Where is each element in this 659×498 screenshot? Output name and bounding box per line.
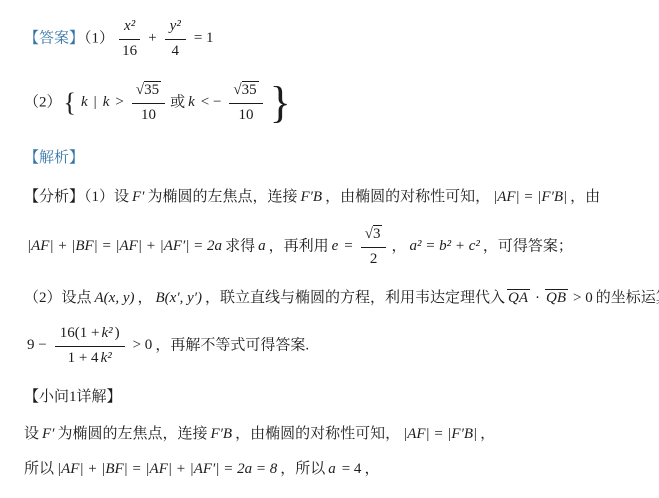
analysis-paragraph-line-1: 【分析】（1）设F′为椭圆的左焦点，连接F′B，由椭圆的对称性可知，|AF| =… [24, 187, 639, 208]
fraction: √32 [361, 224, 387, 270]
fraction: √3510 [132, 80, 165, 126]
vector-overline: QA [507, 289, 530, 306]
fraction: 16(1 +k²)1 + 4k² [55, 323, 125, 369]
fraction: √3510 [229, 80, 262, 126]
section-heading-subquestion1: 【小问1详解】 [24, 387, 639, 408]
detail-paragraph-line-2: 所以|AF| + |BF| = |AF| + |AF′| = 2a = 8，所以… [24, 459, 639, 480]
analysis-paragraph-line-2: |AF| + |BF| = |AF| + |AF′| = 2a求得a，再利用e=… [24, 224, 639, 270]
square-root: √35 [136, 81, 161, 98]
fraction: x²16 [119, 16, 140, 62]
vector-overline: QB [545, 289, 568, 306]
fraction: y²4 [165, 16, 186, 62]
analysis-paragraph-line-3: （2）设点A(x, y)，B(x′, y′)，联立直线与椭圆的方程，利用韦达定理… [24, 288, 639, 309]
math-solution-document: 【答案】（1）x²16+y²4= 1 （2）{k|k>√3510或k< −√35… [0, 0, 659, 480]
section-heading-analysis: 【解析】 [24, 148, 639, 169]
answer-part1-line: 【答案】（1）x²16+y²4= 1 [24, 16, 639, 62]
answer-part2-line: （2）{k|k>√3510或k< −√3510} [24, 80, 639, 126]
square-root: √35 [233, 81, 258, 98]
detail-paragraph-line-1: 设F′为椭圆的左焦点，连接F′B，由椭圆的对称性可知，|AF| = |F′B|， [24, 424, 639, 445]
square-root: √3 [365, 225, 383, 242]
analysis-paragraph-line-4: 9 −16(1 +k²)1 + 4k²> 0，再解不等式可得答案. [24, 323, 639, 369]
